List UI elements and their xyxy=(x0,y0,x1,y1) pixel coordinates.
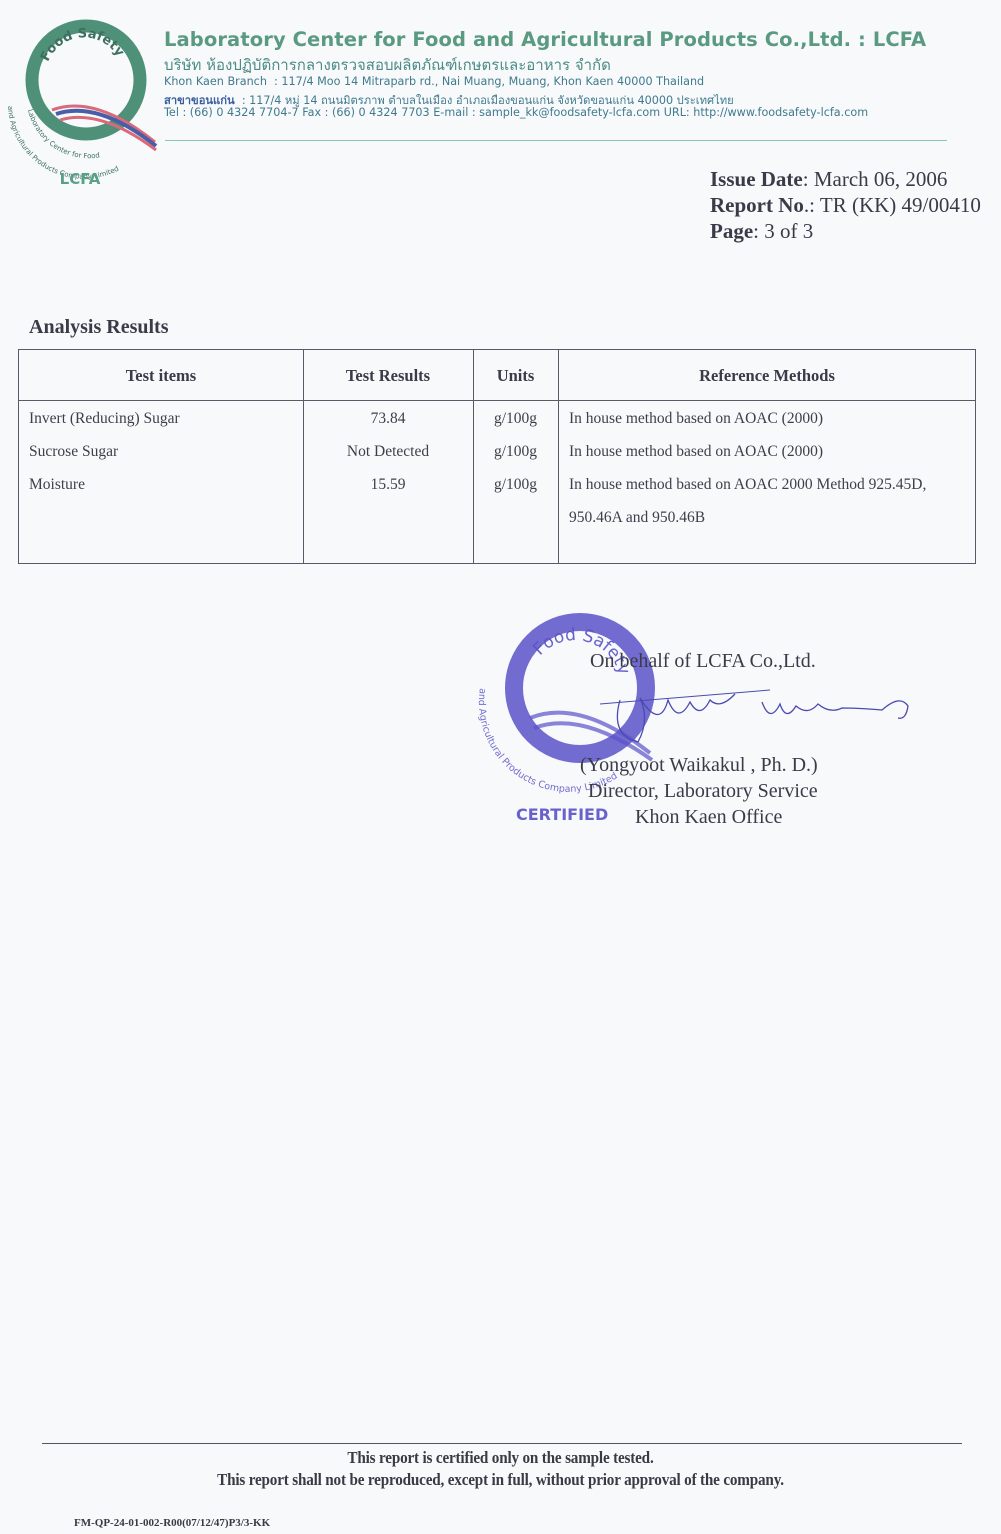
contact-info: Tel : (66) 0 4324 7704-7 Fax : (66) 0 43… xyxy=(164,106,868,119)
column-header-test-results: Test Results xyxy=(303,366,473,386)
handwritten-signature-icon xyxy=(590,680,920,750)
table-row-method: In house method based on AOAC (2000) xyxy=(569,443,823,461)
company-name-thai: บริษัท ห้องปฏิบัติการกลางตรวจสอบผลิตภัณฑ… xyxy=(164,53,611,77)
issue-date: Issue Date: March 06, 2006 xyxy=(710,167,947,192)
page-value: : 3 of 3 xyxy=(753,219,813,243)
table-row-result: 15.59 xyxy=(303,476,473,494)
page-number: Page: 3 of 3 xyxy=(710,219,813,244)
branch-address: Khon Kaen Branch : 117/4 Moo 14 Mitrapar… xyxy=(164,75,704,88)
header-divider xyxy=(165,140,947,141)
column-header-reference-methods: Reference Methods xyxy=(558,366,976,386)
issue-date-value: : March 06, 2006 xyxy=(803,167,948,191)
footer-divider xyxy=(42,1443,962,1444)
table-row-result: 73.84 xyxy=(303,410,473,428)
footer-disclaimer-1: This report is certified only on the sam… xyxy=(40,1448,961,1468)
table-row-item: Sucrose Sugar xyxy=(29,443,118,461)
lcfa-logo-icon: Food Safety Laboratory Center for Food a… xyxy=(0,14,160,190)
company-name: Laboratory Center for Food and Agricultu… xyxy=(164,28,926,51)
signatory-office: Khon Kaen Office xyxy=(635,806,782,829)
form-code: FM-QP-24-01-002-R00(07/12/47)P3/3-KK xyxy=(74,1517,270,1529)
svg-text:LCFA: LCFA xyxy=(60,170,101,188)
table-row-item: Moisture xyxy=(29,476,85,494)
table-row-method: In house method based on AOAC (2000) xyxy=(569,410,823,428)
table-row-unit: g/100g xyxy=(473,476,558,494)
table-row-result: Not Detected xyxy=(303,443,473,461)
table-row-unit: g/100g xyxy=(473,410,558,428)
branch-address-text: : 117/4 Moo 14 Mitraparb rd., Nai Muang,… xyxy=(274,75,704,88)
on-behalf-text: On behalf of LCFA Co.,Ltd. xyxy=(590,650,816,673)
table-row-unit: g/100g xyxy=(473,443,558,461)
branch-label: Khon Kaen Branch xyxy=(164,75,267,88)
report-no-value: .: TR (KK) 49/00410 xyxy=(804,193,981,217)
footer-disclaimer-2: This report shall not be reproduced, exc… xyxy=(40,1470,961,1490)
table-row-item: Invert (Reducing) Sugar xyxy=(29,410,180,428)
page-label: Page xyxy=(710,219,753,243)
column-header-units: Units xyxy=(473,366,558,386)
table-row-method-continued: 950.46A and 950.46B xyxy=(569,509,705,527)
table-row-method: In house method based on AOAC 2000 Metho… xyxy=(569,476,926,494)
results-table: Test items Test Results Units Reference … xyxy=(18,349,976,564)
report-number: Report No.: TR (KK) 49/00410 xyxy=(710,193,981,218)
report-no-label: Report No xyxy=(710,193,804,217)
signatory-title: Director, Laboratory Service xyxy=(588,780,818,803)
issue-date-label: Issue Date xyxy=(710,167,803,191)
column-header-test-items: Test items xyxy=(19,366,303,386)
svg-text:CERTIFIED: CERTIFIED xyxy=(516,805,608,824)
section-title: Analysis Results xyxy=(29,316,168,339)
header-divider-line xyxy=(19,400,975,401)
signatory-name: (Yongyoot Waikakul , Ph. D.) xyxy=(580,754,818,777)
